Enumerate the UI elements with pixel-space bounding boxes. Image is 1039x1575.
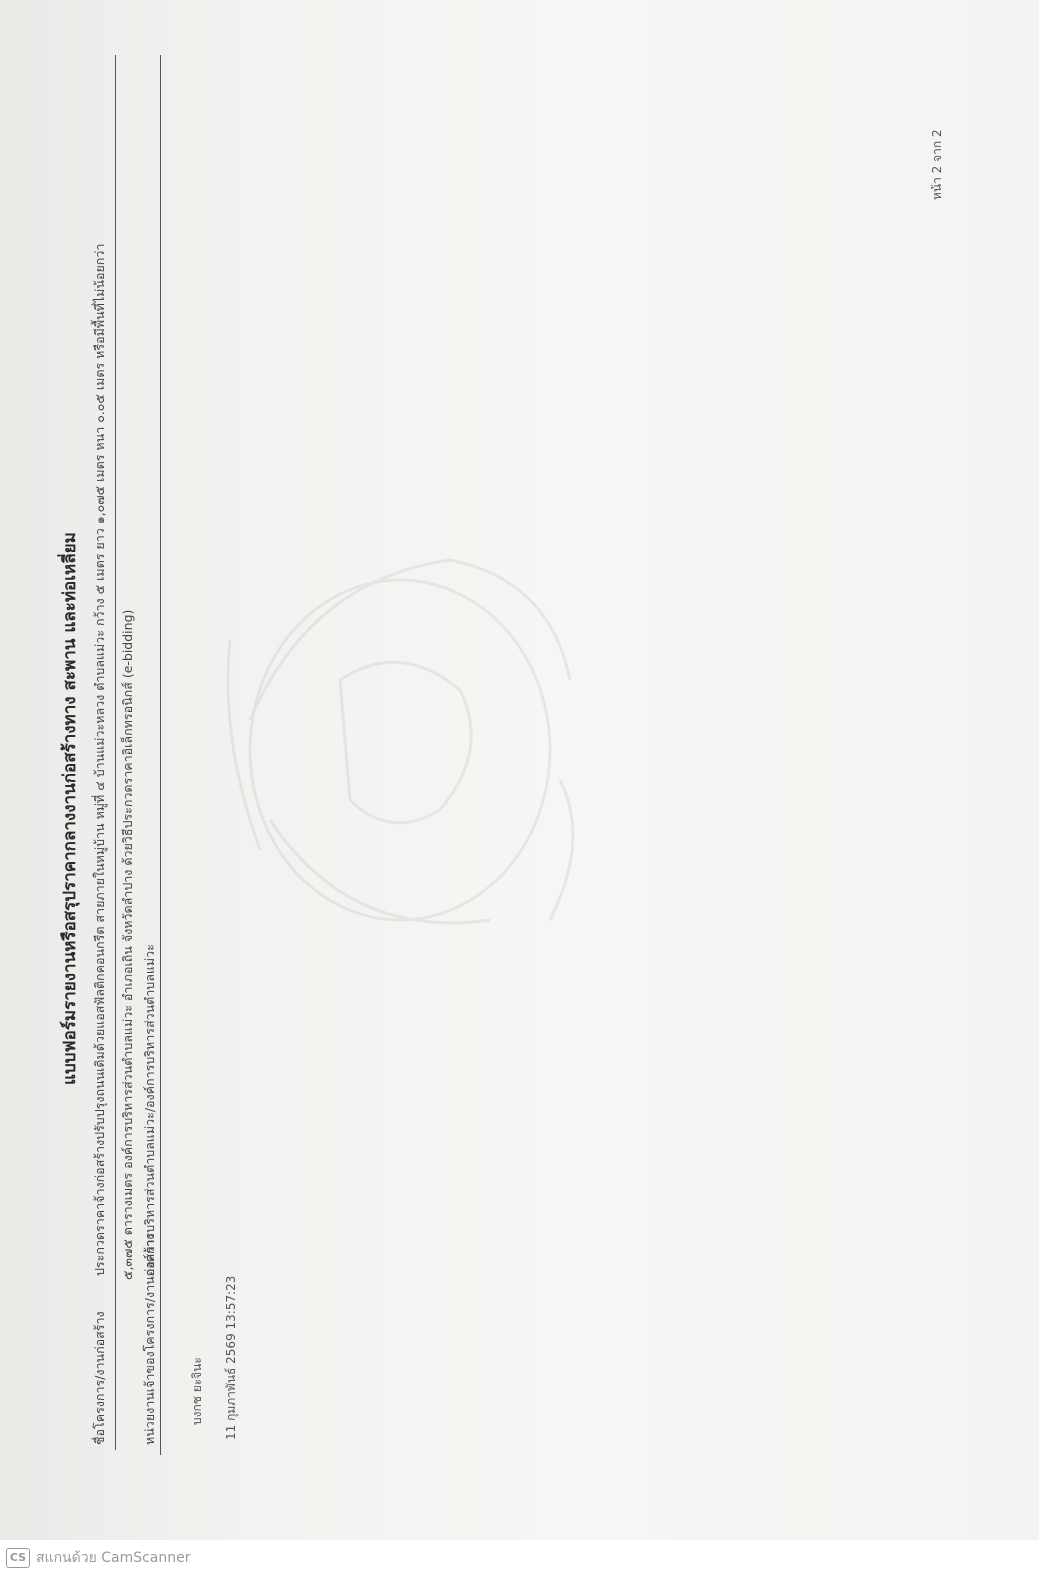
garuda-watermark-icon	[190, 520, 610, 980]
signer-name: บงกช ยะจินะ	[188, 1357, 207, 1425]
camscanner-label: สแกนด้วย CamScanner	[36, 1547, 191, 1569]
document-title: แบบฟอร์มรายงานหรือสรุปราคากลางงานก่อสร้า…	[56, 532, 83, 1085]
agency-label: หน่วยงานเจ้าของโครงการ/งานก่อสร้าง	[140, 1280, 160, 1445]
divider-line-2	[160, 55, 161, 1455]
divider-line-1	[115, 55, 116, 1450]
project-name-label: ชื่อโครงการ/งานก่อสร้าง	[90, 1280, 110, 1445]
agency-value: องค์การบริหารส่วนตำบลแม่วะ/องค์การบริหาร…	[142, 944, 157, 1276]
camscanner-logo-icon: CS	[6, 1548, 30, 1568]
page-number: หน้า 2 จาก 2	[928, 129, 947, 200]
project-name-value: ประกวดราคาจ้างก่อสร้างปรับปรุงถนนเดิมด้ว…	[92, 244, 107, 1276]
agency-row: หน่วยงานเจ้าของโครงการ/งานก่อสร้าง องค์ก…	[140, 944, 160, 1445]
signed-datetime: 11 กุมภาพันธ์ 2569 13:57:23	[222, 1276, 241, 1440]
project-name-continuation: ๕,๓๗๕ ตารางเมตร องค์การบริหารส่วนตำบลแม่…	[118, 610, 138, 1280]
camscanner-footer: CS สแกนด้วย CamScanner	[0, 1540, 1039, 1575]
scanned-page: แบบฟอร์มรายงานหรือสรุปราคากลางงานก่อสร้า…	[0, 0, 1039, 1540]
project-name-row: ชื่อโครงการ/งานก่อสร้าง ประกวดราคาจ้างก่…	[90, 244, 110, 1445]
